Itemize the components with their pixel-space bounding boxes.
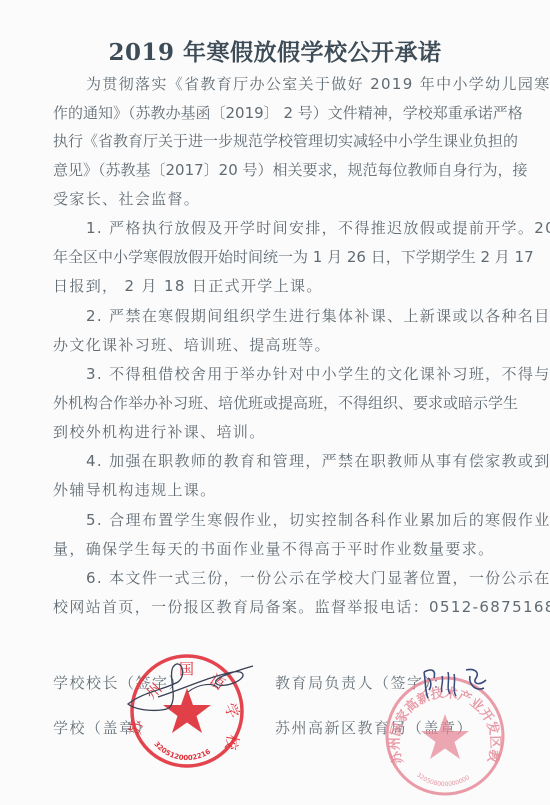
bureau-head-handwritten-signature	[420, 662, 500, 702]
intro-line-4: 意见》（苏教基〔2017〕20 号）相关要求，规范每位教师自身行为，接	[53, 160, 513, 180]
svg-text:320508000000000: 320508000000000	[415, 772, 471, 789]
item-4-line-2: 外辅导机构违规上课。	[53, 480, 513, 500]
item-5-line-2: 量，确保学生每天的书面作业量不得高于平时作业数量要求。	[53, 539, 513, 559]
item-5-line-1: 5. 合理布置学生寒假作业，切实控制各科作业累加后的寒假作业总	[86, 510, 514, 530]
document-title: 2019 年寒假放假学校公开承诺	[0, 34, 550, 67]
intro-line-1: 为贯彻落实《省教育厅办公室关于做好 2019 年中小学幼儿园寒假工	[86, 74, 514, 94]
item-4-line-1: 4. 加强在职教师的教育和管理，严禁在职教师从事有偿家教或到课	[86, 451, 514, 471]
item-1-line-1: 1. 严格执行放假及开学时间安排，不得推迟放假或提前开学。2019	[86, 218, 514, 238]
item-1-line-2: 年全区中小学寒假放假开始时间统一为 1 月 26 日，下学期学生 2 月 17	[53, 247, 513, 267]
principal-handwritten-signature	[118, 652, 258, 722]
item-3-line-2: 外机构合作举办补习班、培优班或提高班，不得组织、要求或暗示学生	[53, 393, 513, 413]
item-1-line-3: 日报到， 2 月 18 日正式开学上课。	[53, 276, 513, 296]
item-3-line-3: 到校外机构进行补课、培训。	[53, 422, 513, 442]
item-6-line-1: 6. 本文件一式三份，一份公示在学校大门显著位置，一份公示在学	[86, 568, 514, 588]
intro-line-2: 作的通知》（苏教办基函〔2019〕 2 号）文件精神，学校郑重承诺严格	[53, 103, 513, 123]
intro-line-3: 执行《省教育厅关于进一步规范学校管理切实减轻中小学生课业负担的	[53, 131, 513, 151]
item-2-line-2: 办文化课补习班、培训班、提高班等。	[53, 335, 513, 355]
intro-line-5: 受家长、社会监督。	[53, 189, 513, 209]
item-3-line-1: 3. 不得租借校舍用于举办针对中小学生的文化课补习班，不得与校	[86, 364, 514, 384]
item-2-line-1: 2. 严禁在寒假期间组织学生进行集体补课、上新课或以各种名目举	[86, 306, 514, 326]
item-6-line-2: 校网站首页，一份报区教育局备案。监督举报电话：0512-68751680	[53, 597, 513, 617]
